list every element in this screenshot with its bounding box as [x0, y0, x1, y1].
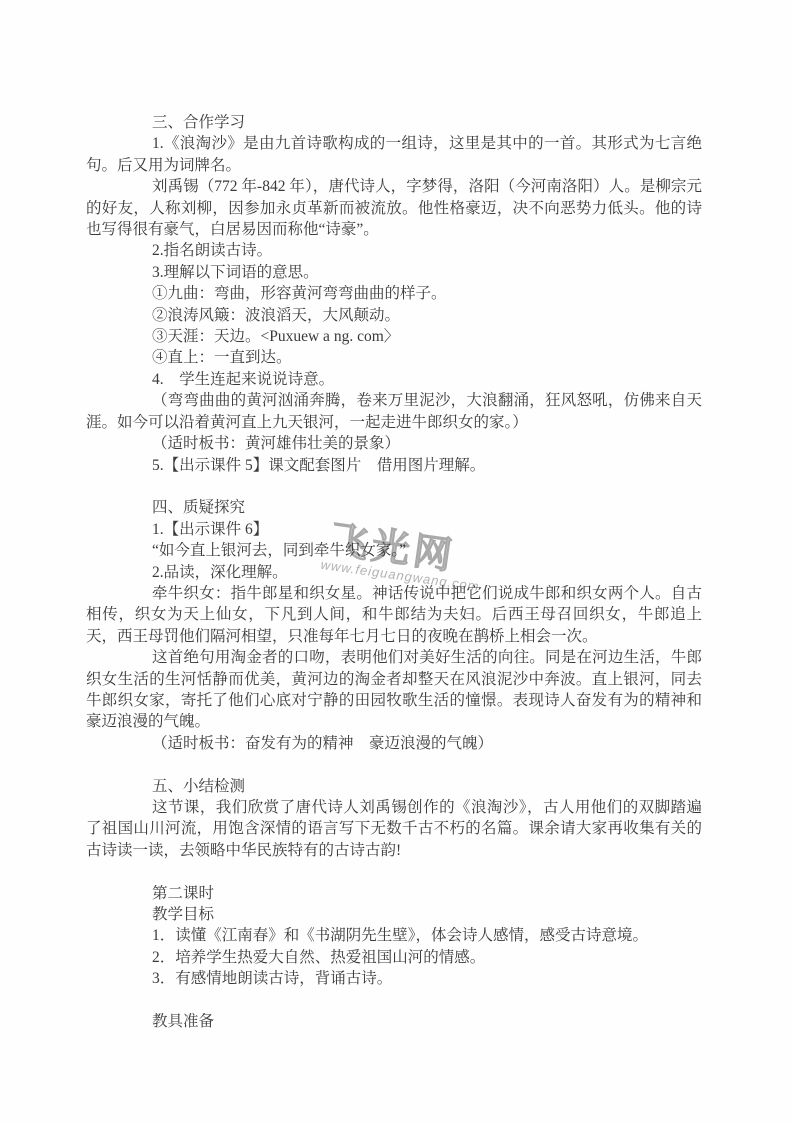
paragraph: 3.理解以下词语的意思。	[86, 262, 702, 283]
paragraph: 牵牛织女：指牛郎星和织女星。神话传说中把它们说成牛郎和织女两个人。自古相传，织女…	[86, 583, 702, 647]
paragraph: 这首绝句用淘金者的口吻，表明他们对美好生活的向往。同是在河边生活，牛郎织女生活的…	[86, 647, 702, 733]
paragraph: ②浪涛风簸：波浪滔天，大风颠动。	[86, 305, 702, 326]
paragraph: 这节课，我们欣赏了唐代诗人刘禹锡创作的《浪淘沙》，古人用他们的双脚踏遍了祖国山川…	[86, 797, 702, 861]
paragraph: 3．有感情地朗读古诗，背诵古诗。	[86, 968, 702, 989]
paragraph: “如今直上银河去，同到牵牛织女家。”	[86, 540, 702, 561]
paragraph: ①九曲：弯曲，形容黄河弯弯曲曲的样子。	[86, 283, 702, 304]
paragraph: ③天涯：天边。<Puxuew a ng. com〉	[86, 326, 702, 347]
paragraph: ④直上：一直到达。	[86, 347, 702, 368]
paragraph: 2.品读，深化理解。	[86, 562, 702, 583]
paragraph: （适时板书：黄河雄伟壮美的景象）	[86, 433, 702, 454]
paragraph: 1.【出示课件 6】	[86, 519, 702, 540]
paragraph: 5.【出示课件 5】课文配套图片 借用图片理解。	[86, 455, 702, 476]
paragraph: （弯弯曲曲的黄河汹涌奔腾，卷来万里泥沙，大浪翻涌，狂风怒吼，仿佛来自天涯。如今可…	[86, 390, 702, 433]
paragraph: 刘禹锡（772 年-842 年），唐代诗人，字梦得，洛阳（今河南洛阳）人。是柳宗…	[86, 176, 702, 240]
paragraph: 五、小结检测	[86, 776, 702, 797]
document-body: 三、合作学习1.《浪淘沙》是由九首诗歌构成的一组诗，这里是其中的一首。其形式为七…	[86, 112, 702, 1032]
paragraph: 2．培养学生热爱大自然、热爱祖国山河的情感。	[86, 947, 702, 968]
document-page: 飞光网 www.feiguangwang.com 三、合作学习1.《浪淘沙》是由…	[0, 0, 793, 1122]
paragraph: 2.指名朗读古诗。	[86, 240, 702, 261]
paragraph: 四、质疑探究	[86, 497, 702, 518]
paragraph: （适时板书：奋发有为的精神 豪迈浪漫的气魄）	[86, 733, 702, 754]
paragraph: 1．读懂《江南春》和《书湖阴先生壁》，体会诗人感情，感受古诗意境。	[86, 925, 702, 946]
paragraph: 1.《浪淘沙》是由九首诗歌构成的一组诗，这里是其中的一首。其形式为七言绝句。后又…	[86, 133, 702, 176]
paragraph: 教学目标	[86, 904, 702, 925]
paragraph: 三、合作学习	[86, 112, 702, 133]
paragraph: 教具准备	[86, 1011, 702, 1032]
paragraph: 第二课时	[86, 883, 702, 904]
paragraph: 4. 学生连起来说说诗意。	[86, 369, 702, 390]
